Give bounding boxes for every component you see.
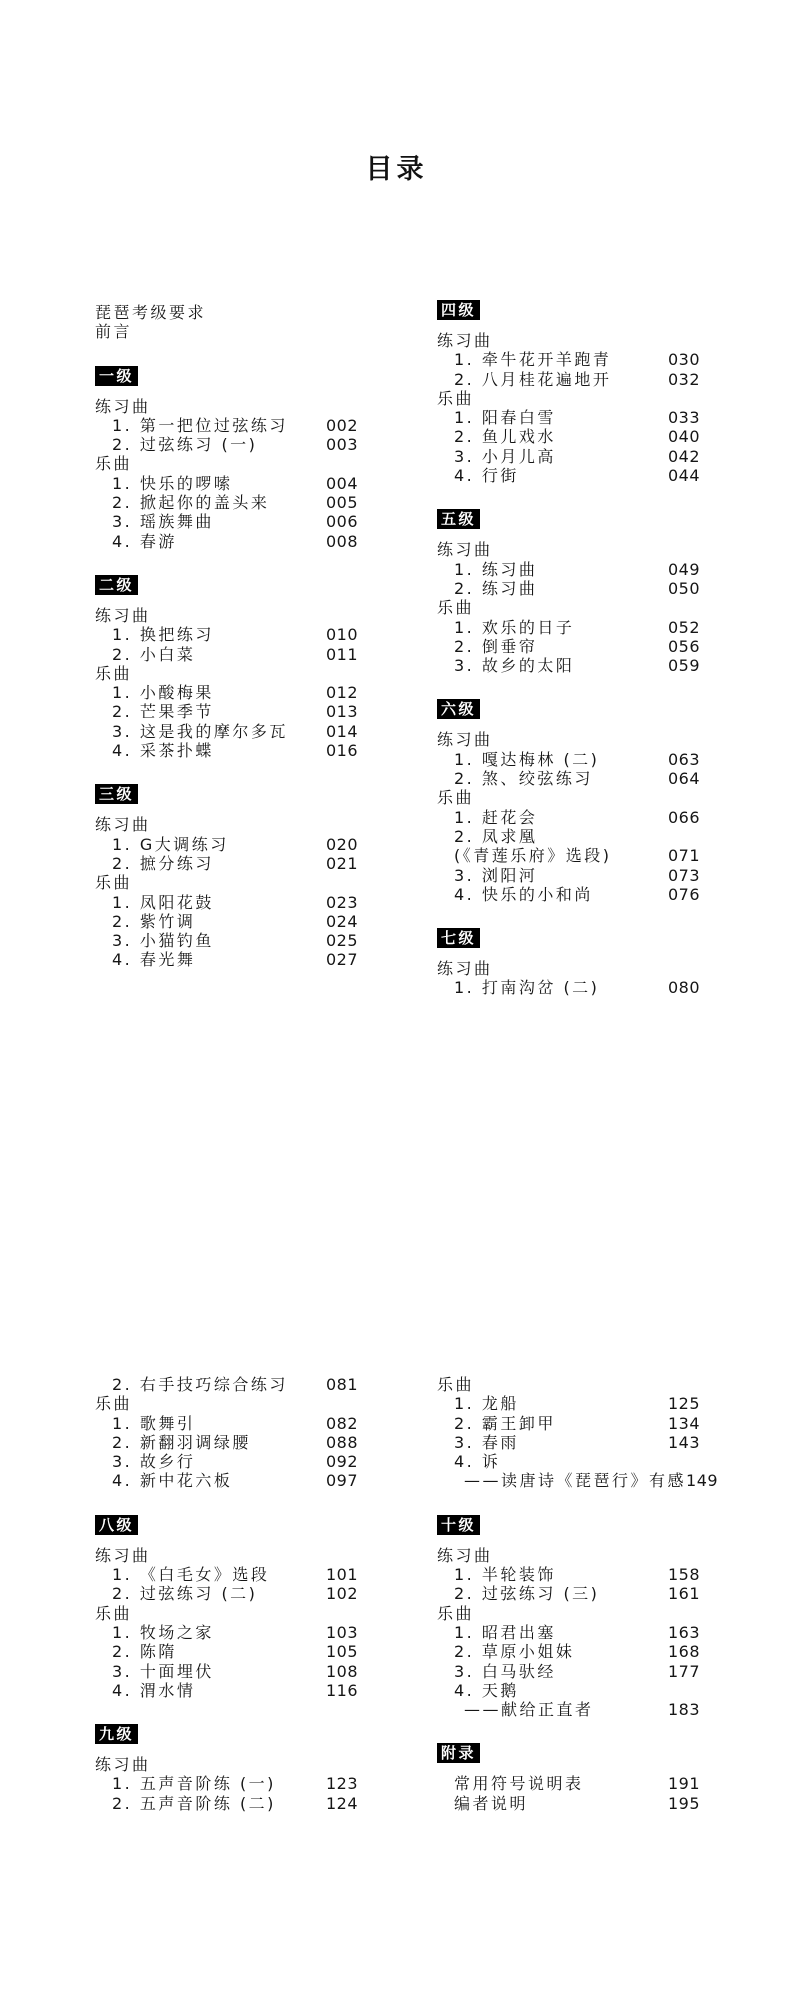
page-number: 052: [668, 618, 700, 637]
toc-entry: 2. 掀起你的盖头来005: [95, 493, 358, 512]
entry-title: 1. 半轮装饰: [454, 1565, 556, 1584]
level-heading: 二级: [95, 575, 138, 595]
level-heading-row: 七级: [437, 928, 700, 948]
page-number: 101: [326, 1565, 358, 1584]
toc-entry: 2. 小白菜011: [95, 645, 358, 664]
page-number: 082: [326, 1414, 358, 1433]
page-number: 143: [668, 1433, 700, 1452]
entry-title: 2. 过弦练习 (三): [454, 1584, 599, 1603]
toc-entry: 1. G大调练习020: [95, 835, 358, 854]
toc-entry: 3. 小猫钓鱼025: [95, 931, 358, 950]
page-number: 108: [326, 1662, 358, 1681]
page-number: 073: [668, 866, 700, 885]
toc-entry: 2. 鱼儿戏水040: [437, 427, 700, 446]
entry-title: 4. 天鹅: [454, 1681, 519, 1700]
entry-title: 乐曲: [437, 788, 474, 807]
level-heading-row: 六级: [437, 699, 700, 719]
entry-title: 2. 煞、绞弦练习: [454, 769, 593, 788]
level-heading: 附录: [437, 1743, 480, 1763]
level-heading: 一级: [95, 366, 138, 386]
page-number: 063: [668, 750, 700, 769]
entry-title: ——读唐诗《琵琶行》有感: [464, 1471, 686, 1490]
entry-title: 练习曲: [437, 1546, 493, 1565]
page-number: 088: [326, 1433, 358, 1452]
level-heading-row: 十级: [437, 1515, 700, 1535]
page-number: 080: [668, 978, 700, 997]
entry-title: (《青莲乐府》选段): [454, 846, 612, 865]
level-heading-row: 九级: [95, 1724, 358, 1744]
level-heading-row: 四级: [437, 300, 700, 320]
group-label: 乐曲: [95, 454, 358, 473]
group-label: 乐曲: [437, 389, 700, 408]
toc-entry: 1. 龙船125: [437, 1394, 700, 1413]
page-number: 016: [326, 741, 358, 760]
group-label: 乐曲: [437, 788, 700, 807]
entry-title: 4. 行街: [454, 466, 519, 485]
entry-title: 4. 新中花六板: [112, 1471, 232, 1490]
entry-title: 乐曲: [95, 1394, 132, 1413]
entry-title: 2. 鱼儿戏水: [454, 427, 556, 446]
entry-title: 2. 紫竹调: [112, 912, 195, 931]
toc-entry: 3. 故乡的太阳059: [437, 656, 700, 675]
entry-title: 1. 昭君出塞: [454, 1623, 556, 1642]
entry-title: 4. 采茶扑蝶: [112, 741, 214, 760]
entry-title: 3. 故乡行: [112, 1452, 195, 1471]
entry-title: 3. 这是我的摩尔多瓦: [112, 722, 288, 741]
entry-title: 1. 嘎达梅林 (二): [454, 750, 599, 769]
toc-entry: 4. 春光舞027: [95, 950, 358, 969]
entry-title: 乐曲: [437, 598, 474, 617]
group-label: 练习曲: [95, 606, 358, 625]
entry-title: 1. 赶花会: [454, 808, 537, 827]
group-label: 练习曲: [437, 540, 700, 559]
page-number: 044: [668, 466, 700, 485]
toc-entry: 2. 凤求凰: [437, 827, 700, 846]
page-number: 008: [326, 532, 358, 551]
entry-title: 编者说明: [454, 1794, 528, 1813]
level-heading-row: 五级: [437, 509, 700, 529]
toc-entry: 1. 快乐的啰嗦004: [95, 474, 358, 493]
level-heading: 三级: [95, 784, 138, 804]
page-number: 102: [326, 1584, 358, 1603]
toc-column-bottom-left: 2. 右手技巧综合练习081乐曲1. 歌舞引0822. 新翻羽调绿腰0883. …: [95, 1375, 358, 1813]
toc-entry: 2. 八月桂花遍地开032: [437, 370, 700, 389]
entry-title: 1. 欢乐的日子: [454, 618, 574, 637]
toc-entry: 1. 牵牛花开羊跑青030: [437, 350, 700, 369]
entry-title: 常用符号说明表: [454, 1774, 584, 1793]
toc-entry: 2. 紫竹调024: [95, 912, 358, 931]
toc-entry: 1. 第一把位过弦练习002: [95, 416, 358, 435]
page-number: 064: [668, 769, 700, 788]
entry-title: 前言: [95, 322, 132, 341]
entry-title: 4. 春光舞: [112, 950, 195, 969]
level-heading: 四级: [437, 300, 480, 320]
toc-entry: 前言: [95, 322, 358, 341]
page-number: 125: [668, 1394, 700, 1413]
toc-entry: 4. 渭水情116: [95, 1681, 358, 1700]
page-number: 005: [326, 493, 358, 512]
entry-title: 1. 打南沟岔 (二): [454, 978, 599, 997]
page-number: 149: [686, 1471, 718, 1490]
entry-title: 1. 五声音阶练 (一): [112, 1774, 276, 1793]
page-number: 116: [326, 1681, 358, 1700]
entry-title: 2. 芒果季节: [112, 702, 214, 721]
entry-title: 练习曲: [437, 331, 493, 350]
group-label: 练习曲: [95, 815, 358, 834]
toc-entry: 1. 换把练习010: [95, 625, 358, 644]
page-number: 168: [668, 1642, 700, 1661]
page-number: 002: [326, 416, 358, 435]
entry-title: 1. G大调练习: [112, 835, 229, 854]
page-number: 011: [326, 645, 358, 664]
toc-entry: 3. 十面埋伏108: [95, 1662, 358, 1681]
page-number: 003: [326, 435, 358, 454]
entry-title: 2. 练习曲: [454, 579, 537, 598]
entry-title: 2. 倒垂帘: [454, 637, 537, 656]
page-number: 092: [326, 1452, 358, 1471]
entry-title: 1. 第一把位过弦练习: [112, 416, 288, 435]
page-number: 030: [668, 350, 700, 369]
entry-title: 练习曲: [95, 397, 151, 416]
entry-title: 3. 春雨: [454, 1433, 519, 1452]
group-label: 练习曲: [437, 730, 700, 749]
toc-entry: 1. 练习曲049: [437, 560, 700, 579]
entry-title: 3. 故乡的太阳: [454, 656, 574, 675]
page-number: 177: [668, 1662, 700, 1681]
toc-entry: 4. 春游008: [95, 532, 358, 551]
entry-title: 练习曲: [95, 815, 151, 834]
group-label: 练习曲: [437, 959, 700, 978]
page-number: 021: [326, 854, 358, 873]
level-heading-row: 一级: [95, 366, 358, 386]
page-number: 024: [326, 912, 358, 931]
toc-entry: 4. 快乐的小和尚076: [437, 885, 700, 904]
page-number: 042: [668, 447, 700, 466]
entry-title: 练习曲: [437, 540, 493, 559]
group-label: 乐曲: [95, 664, 358, 683]
page-number: 134: [668, 1414, 700, 1433]
page-number: 097: [326, 1471, 358, 1490]
level-heading-row: 八级: [95, 1515, 358, 1535]
entry-title: 1. 龙船: [454, 1394, 519, 1413]
toc-entry: 2. 霸王卸甲134: [437, 1414, 700, 1433]
page-number: 020: [326, 835, 358, 854]
entry-title: 练习曲: [95, 1546, 151, 1565]
level-heading: 十级: [437, 1515, 480, 1535]
toc-entry-subtitle: ——献给正直者183: [437, 1700, 700, 1719]
group-label: 乐曲: [437, 1604, 700, 1623]
toc-entry: 2. 陈隋105: [95, 1642, 358, 1661]
level-heading-row: 三级: [95, 784, 358, 804]
toc-entry: 1. 牧场之家103: [95, 1623, 358, 1642]
entry-title: 4. 诉: [454, 1452, 500, 1471]
page-number: 023: [326, 893, 358, 912]
entry-title: 1. 《白毛女》选段: [112, 1565, 269, 1584]
page-number: 195: [668, 1794, 700, 1813]
toc-entry: 常用符号说明表191: [437, 1774, 700, 1793]
toc-entry: 3. 浏阳河073: [437, 866, 700, 885]
entry-title: 1. 换把练习: [112, 625, 214, 644]
page-number: 191: [668, 1774, 700, 1793]
page-number: 027: [326, 950, 358, 969]
toc-column-bottom-right: 乐曲1. 龙船1252. 霸王卸甲1343. 春雨1434. 诉——读唐诗《琵琶…: [437, 1375, 700, 1813]
group-label: 乐曲: [437, 1375, 700, 1394]
page-number: 161: [668, 1584, 700, 1603]
entry-title: 4. 快乐的小和尚: [454, 885, 593, 904]
level-heading: 九级: [95, 1724, 138, 1744]
group-label: 乐曲: [95, 1604, 358, 1623]
toc-entry: 3. 小月儿高042: [437, 447, 700, 466]
toc-entry: 1. 半轮装饰158: [437, 1565, 700, 1584]
toc-entry-subtitle: ——读唐诗《琵琶行》有感149: [437, 1471, 700, 1490]
toc-entry: 3. 春雨143: [437, 1433, 700, 1452]
entry-title: 2. 五声音阶练 (二): [112, 1794, 276, 1813]
entry-title: 乐曲: [95, 873, 132, 892]
group-label: 乐曲: [437, 598, 700, 617]
page-number: 076: [668, 885, 700, 904]
group-label: 练习曲: [95, 1755, 358, 1774]
entry-title: 3. 白马驮经: [454, 1662, 556, 1681]
entry-title: ——献给正直者: [464, 1700, 594, 1719]
toc-entry: 2. 摭分练习021: [95, 854, 358, 873]
group-label: 练习曲: [95, 1546, 358, 1565]
entry-title: 4. 渭水情: [112, 1681, 195, 1700]
entry-title: 2. 过弦练习 (一): [112, 435, 257, 454]
page-number: 049: [668, 560, 700, 579]
toc-entry: 2. 草原小姐妹168: [437, 1642, 700, 1661]
toc-entry-subtitle: (《青莲乐府》选段)071: [437, 846, 700, 865]
entry-title: 乐曲: [437, 1604, 474, 1623]
toc-entry: 2. 右手技巧综合练习081: [95, 1375, 358, 1394]
entry-title: 2. 陈隋: [112, 1642, 177, 1661]
toc-entry: 1. 嘎达梅林 (二)063: [437, 750, 700, 769]
group-label: 练习曲: [437, 331, 700, 350]
entry-title: 2. 八月桂花遍地开: [454, 370, 611, 389]
toc-entry: 3. 故乡行092: [95, 1452, 358, 1471]
page-number: 066: [668, 808, 700, 827]
entry-title: 2. 掀起你的盖头来: [112, 493, 269, 512]
page-number: 006: [326, 512, 358, 531]
page-number: 071: [668, 846, 700, 865]
entry-title: 1. 牧场之家: [112, 1623, 214, 1642]
toc-entry: 2. 新翻羽调绿腰088: [95, 1433, 358, 1452]
level-heading: 五级: [437, 509, 480, 529]
page-number: 025: [326, 931, 358, 950]
page-number: 012: [326, 683, 358, 702]
toc-entry: 2. 过弦练习 (二)102: [95, 1584, 358, 1603]
entry-title: 2. 草原小姐妹: [454, 1642, 574, 1661]
level-heading-row: 附录: [437, 1743, 700, 1763]
page-number: 004: [326, 474, 358, 493]
entry-title: 1. 小酸梅果: [112, 683, 214, 702]
toc-entry: 2. 五声音阶练 (二)124: [95, 1794, 358, 1813]
entry-title: 乐曲: [95, 454, 132, 473]
entry-title: 琵琶考级要求: [95, 303, 206, 322]
entry-title: 1. 练习曲: [454, 560, 537, 579]
entry-title: 1. 阳春白雪: [454, 408, 556, 427]
entry-title: 1. 凤阳花鼓: [112, 893, 214, 912]
entry-title: 2. 新翻羽调绿腰: [112, 1433, 251, 1452]
toc-column-top-left: 琵琶考级要求前言一级练习曲1. 第一把位过弦练习0022. 过弦练习 (一)00…: [95, 303, 358, 970]
toc-entry: 1. 打南沟岔 (二)080: [437, 978, 700, 997]
page-number: 081: [326, 1375, 358, 1394]
level-heading: 八级: [95, 1515, 138, 1535]
page-number: 032: [668, 370, 700, 389]
entry-title: 练习曲: [437, 730, 493, 749]
entry-title: 练习曲: [95, 606, 151, 625]
entry-title: 2. 过弦练习 (二): [112, 1584, 257, 1603]
page-number: 124: [326, 1794, 358, 1813]
group-label: 乐曲: [95, 873, 358, 892]
level-heading: 七级: [437, 928, 480, 948]
toc-entry: 2. 练习曲050: [437, 579, 700, 598]
entry-title: 练习曲: [95, 1755, 151, 1774]
toc-entry: 1. 赶花会066: [437, 808, 700, 827]
entry-title: 练习曲: [437, 959, 493, 978]
entry-title: 乐曲: [437, 389, 474, 408]
page-number: 013: [326, 702, 358, 721]
page-number: 050: [668, 579, 700, 598]
toc-entry: 1. 《白毛女》选段101: [95, 1565, 358, 1584]
entry-title: 1. 牵牛花开羊跑青: [454, 350, 611, 369]
group-label: 乐曲: [95, 1394, 358, 1413]
toc-entry: 2. 过弦练习 (三)161: [437, 1584, 700, 1603]
page-number: 183: [668, 1700, 700, 1719]
toc-entry: 1. 凤阳花鼓023: [95, 893, 358, 912]
toc-entry: 1. 五声音阶练 (一)123: [95, 1774, 358, 1793]
entry-title: 2. 右手技巧综合练习: [112, 1375, 288, 1394]
toc-entry: 4. 行街044: [437, 466, 700, 485]
page-number: 056: [668, 637, 700, 656]
toc-entry: 2. 煞、绞弦练习064: [437, 769, 700, 788]
entry-title: 2. 霸王卸甲: [454, 1414, 556, 1433]
entry-title: 2. 摭分练习: [112, 854, 214, 873]
toc-page: 目录 琵琶考级要求前言一级练习曲1. 第一把位过弦练习0022. 过弦练习 (一…: [0, 0, 793, 1997]
entry-title: 2. 小白菜: [112, 645, 195, 664]
page-number: 010: [326, 625, 358, 644]
toc-entry: 4. 新中花六板097: [95, 1471, 358, 1490]
toc-entry: 1. 欢乐的日子052: [437, 618, 700, 637]
entry-title: 4. 春游: [112, 532, 177, 551]
toc-entry: 2. 芒果季节013: [95, 702, 358, 721]
toc-entry: 编者说明195: [437, 1794, 700, 1813]
toc-column-top-right: 四级练习曲1. 牵牛花开羊跑青0302. 八月桂花遍地开032乐曲1. 阳春白雪…: [437, 300, 700, 998]
toc-entry: 琵琶考级要求: [95, 303, 358, 322]
toc-entry: 2. 倒垂帘056: [437, 637, 700, 656]
group-label: 练习曲: [437, 1546, 700, 1565]
level-heading: 六级: [437, 699, 480, 719]
toc-entry: 4. 天鹅: [437, 1681, 700, 1700]
page-title: 目录: [0, 147, 793, 186]
entry-title: 3. 浏阳河: [454, 866, 537, 885]
entry-title: 乐曲: [95, 1604, 132, 1623]
toc-entry: 4. 采茶扑蝶016: [95, 741, 358, 760]
toc-entry: 3. 白马驮经177: [437, 1662, 700, 1681]
page-number: 163: [668, 1623, 700, 1642]
entry-title: 1. 快乐的啰嗦: [112, 474, 232, 493]
page-number: 033: [668, 408, 700, 427]
page-number: 040: [668, 427, 700, 446]
level-heading-row: 二级: [95, 575, 358, 595]
page-number: 105: [326, 1642, 358, 1661]
page-number: 103: [326, 1623, 358, 1642]
page-number: 123: [326, 1774, 358, 1793]
entry-title: 2. 凤求凰: [454, 827, 537, 846]
toc-entry: 3. 瑶族舞曲006: [95, 512, 358, 531]
entry-title: 3. 小猫钓鱼: [112, 931, 214, 950]
entry-title: 3. 小月儿高: [454, 447, 556, 466]
entry-title: 3. 十面埋伏: [112, 1662, 214, 1681]
toc-entry: 2. 过弦练习 (一)003: [95, 435, 358, 454]
entry-title: 3. 瑶族舞曲: [112, 512, 214, 531]
toc-entry: 1. 昭君出塞163: [437, 1623, 700, 1642]
toc-entry: 1. 小酸梅果012: [95, 683, 358, 702]
toc-entry: 1. 阳春白雪033: [437, 408, 700, 427]
entry-title: 乐曲: [437, 1375, 474, 1394]
toc-entry: 1. 歌舞引082: [95, 1414, 358, 1433]
entry-title: 乐曲: [95, 664, 132, 683]
page-number: 014: [326, 722, 358, 741]
page-number: 158: [668, 1565, 700, 1584]
page-number: 059: [668, 656, 700, 675]
toc-entry: 3. 这是我的摩尔多瓦014: [95, 722, 358, 741]
entry-title: 1. 歌舞引: [112, 1414, 195, 1433]
group-label: 练习曲: [95, 397, 358, 416]
toc-entry: 4. 诉: [437, 1452, 700, 1471]
